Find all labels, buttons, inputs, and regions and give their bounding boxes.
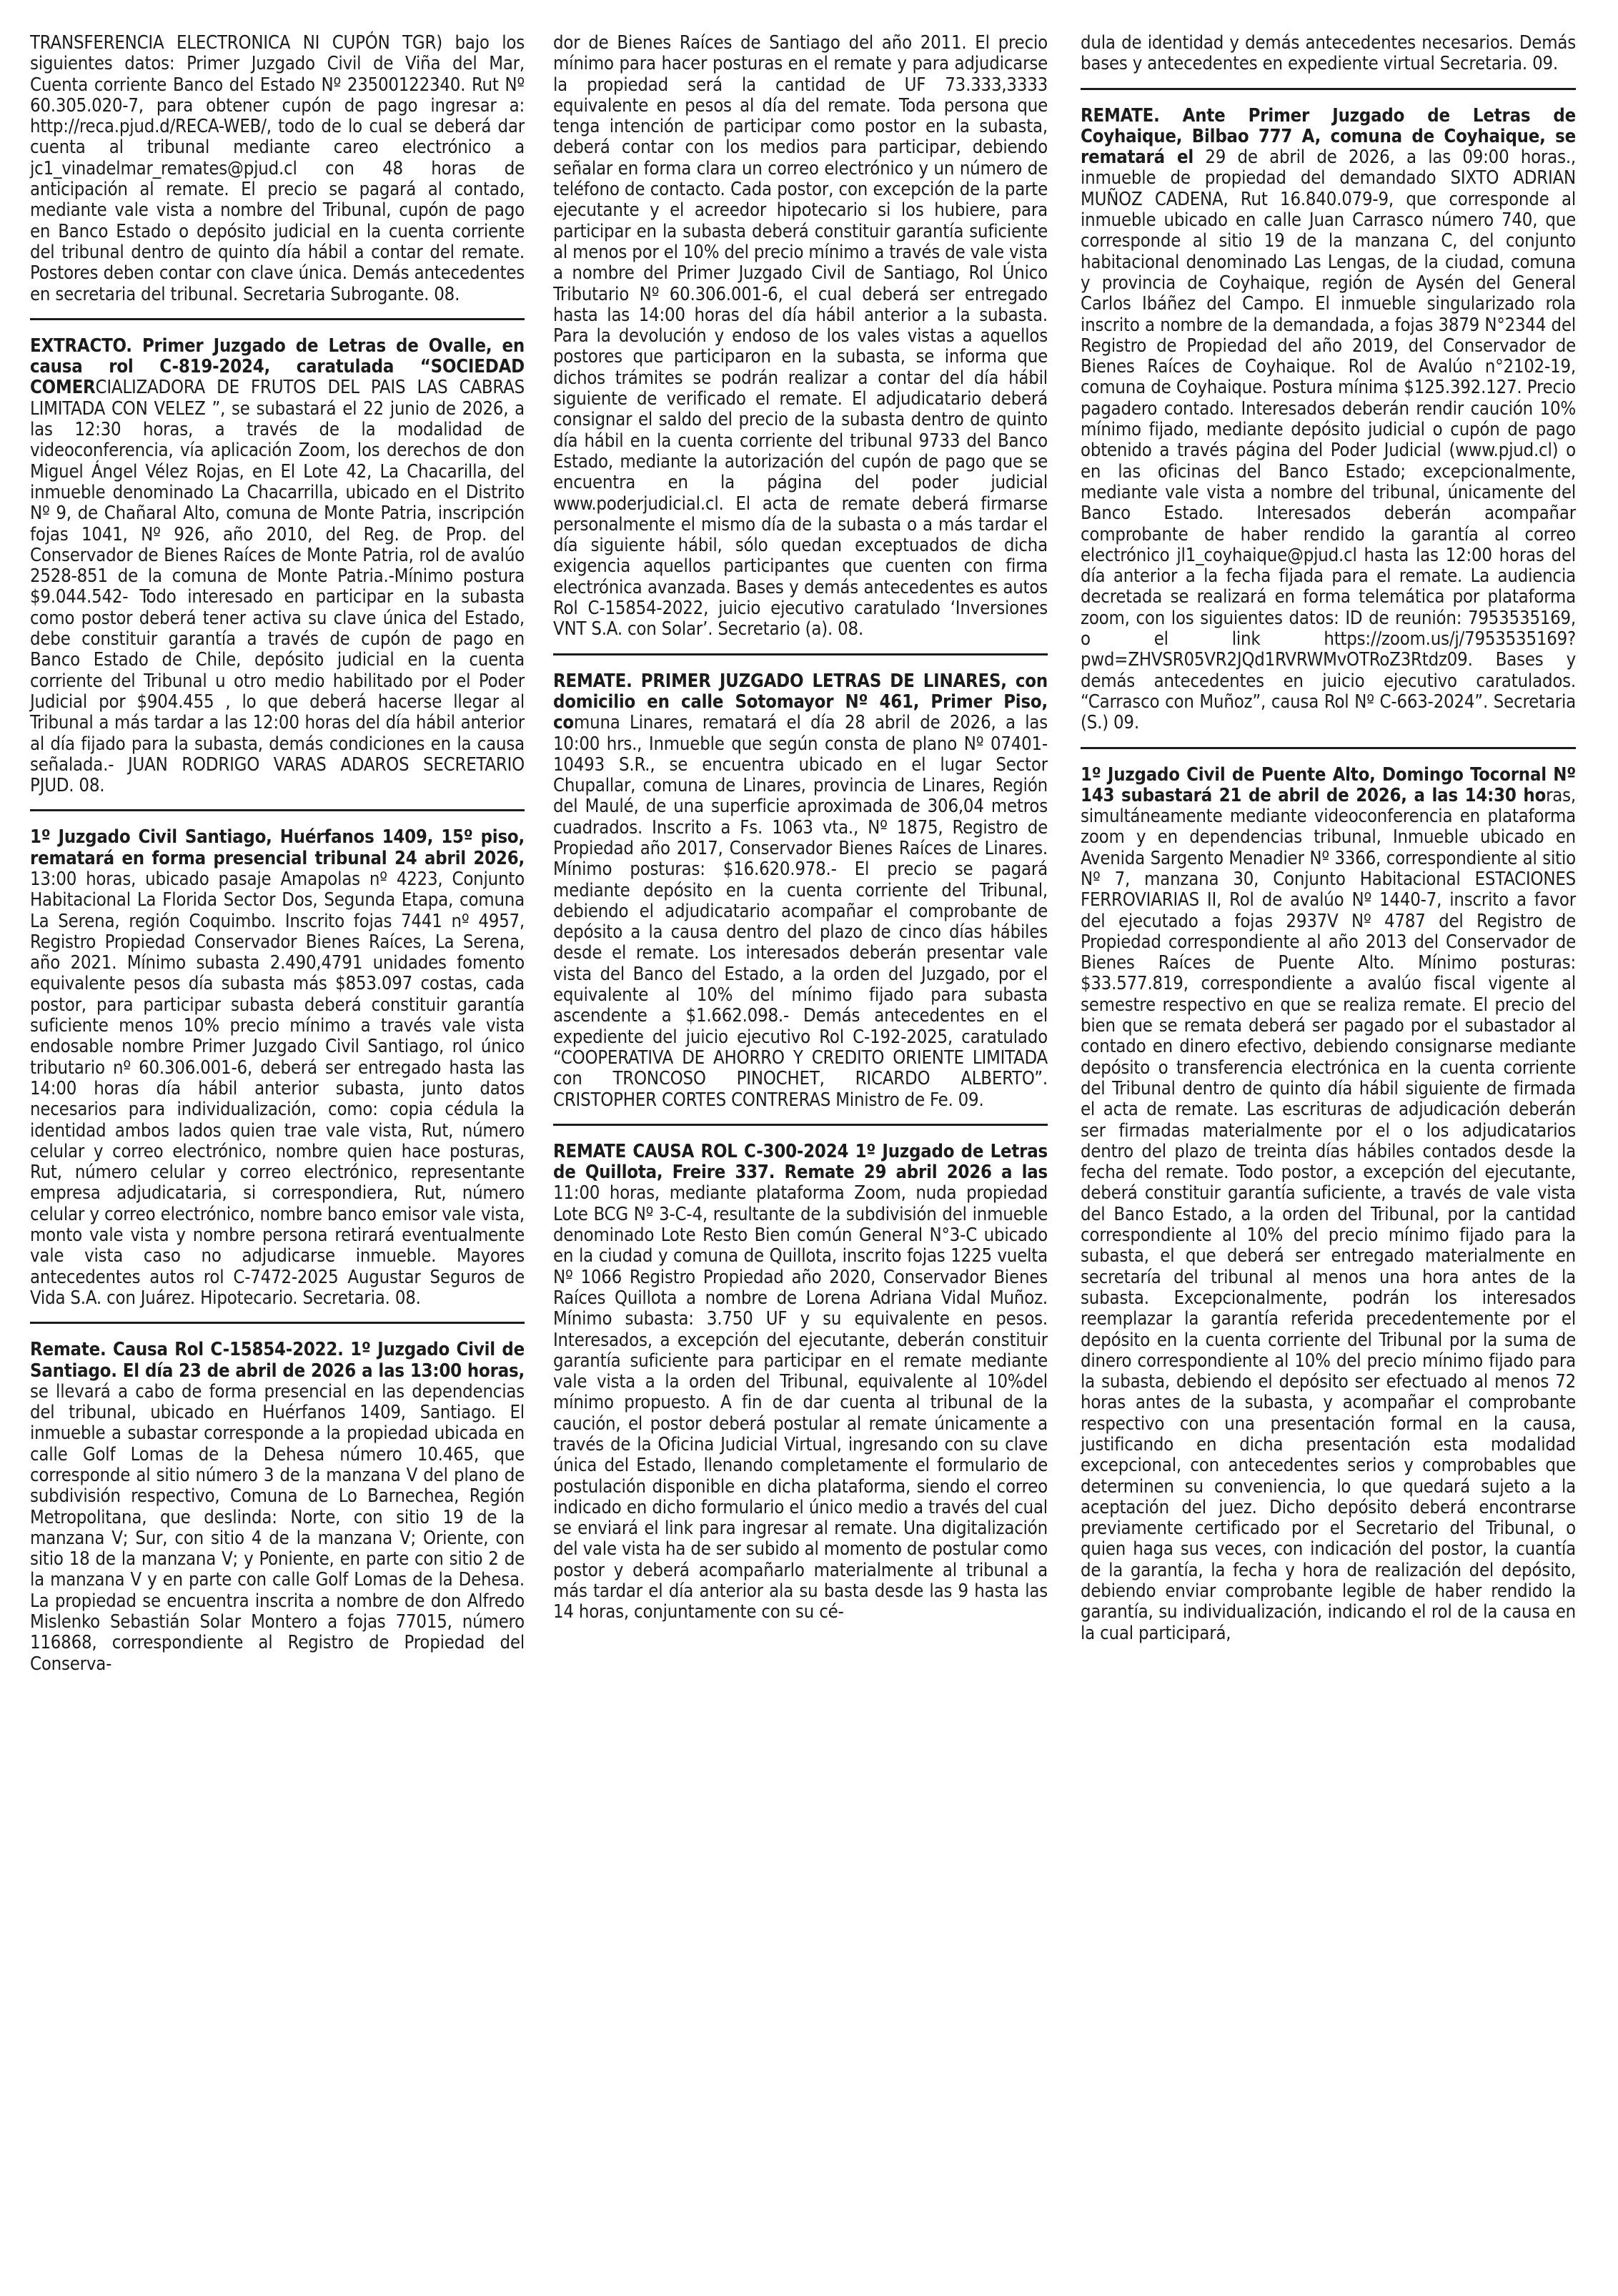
notice-divider (30, 318, 525, 320)
notice-lead: Remate. Causa Rol C-15854-2022. 1º Juzga… (30, 1339, 525, 1381)
column-2: dor de Bienes Raíces de Santiago del año… (553, 33, 1048, 1623)
notice-body: 13:00 horas, ubicado pasaje Amapolas nº … (30, 869, 525, 1309)
column-1: TRANSFERENCIA ELECTRONICA NI CUPÓN TGR) … (30, 33, 525, 1675)
notice-lead: 1º Juzgado Civil de Puente Alto, Domingo… (1081, 764, 1576, 806)
notice-remate-quillota: REMATE CAUSA ROL C-300-2024 1º Juzgado d… (553, 1142, 1048, 1623)
notice-body: TRANSFERENCIA ELECTRONICA NI CUPÓN TGR) … (30, 32, 525, 305)
notice-body: se llevará a cabo de forma presencial en… (30, 1381, 525, 1675)
notice-remate-coyhaique: REMATE. Ante Primer Juzgado de Letras de… (1081, 106, 1576, 734)
notice-juzgado-civil-puente-alto: 1º Juzgado Civil de Puente Alto, Domingo… (1081, 765, 1576, 1644)
notice-lead: REMATE CAUSA ROL C-300-2024 1º Juzgado d… (553, 1141, 1048, 1183)
notice-remate-c-15854-2022: Remate. Causa Rol C-15854-2022. 1º Juzga… (30, 1340, 525, 1675)
notice-divider (553, 653, 1048, 655)
notice-extracto-ovalle: EXTRACTO. Primer Juzgado de Letras de Ov… (30, 336, 525, 797)
notice-body: dula de identidad y demás antecedentes n… (1081, 32, 1576, 74)
notice-continuation-vina-del-mar: TRANSFERENCIA ELECTRONICA NI CUPÓN TGR) … (30, 33, 525, 305)
notice-lead: 1º Juzgado Civil Santiago, Huérfanos 140… (30, 826, 525, 869)
notice-body: 11:00 horas, mediante plataforma Zoom, n… (553, 1182, 1048, 1623)
notice-divider (1081, 747, 1576, 749)
notice-juzgado-civil-santiago-huerfanos: 1º Juzgado Civil Santiago, Huérfanos 140… (30, 827, 525, 1309)
notice-body: muna Linares, rematará el día 28 abril d… (553, 712, 1048, 1110)
notice-divider (553, 1124, 1048, 1126)
notice-continuation-c-15854-2022: dor de Bienes Raíces de Santiago del año… (553, 33, 1048, 640)
notice-divider (30, 809, 525, 811)
notice-remate-linares: REMATE. PRIMER JUZGADO LETRAS DE LINARES… (553, 671, 1048, 1111)
notice-body: dor de Bienes Raíces de Santiago del año… (553, 32, 1048, 640)
newspaper-page: TRANSFERENCIA ELECTRONICA NI CUPÓN TGR) … (0, 0, 1618, 2296)
column-3: dula de identidad y demás antecedentes n… (1081, 33, 1576, 1644)
notice-body: 29 de abril de 2026, a las 09:00 horas.,… (1081, 147, 1576, 733)
notice-body: ras, simultáneamente mediante videoconfe… (1081, 785, 1576, 1644)
notice-body: CIALIZADORA DE FRUTOS DEL PAIS LAS CABRA… (30, 377, 525, 796)
notice-divider (1081, 88, 1576, 90)
notice-divider (30, 1322, 525, 1324)
notice-continuation-quillota: dula de identidad y demás antecedentes n… (1081, 33, 1576, 75)
